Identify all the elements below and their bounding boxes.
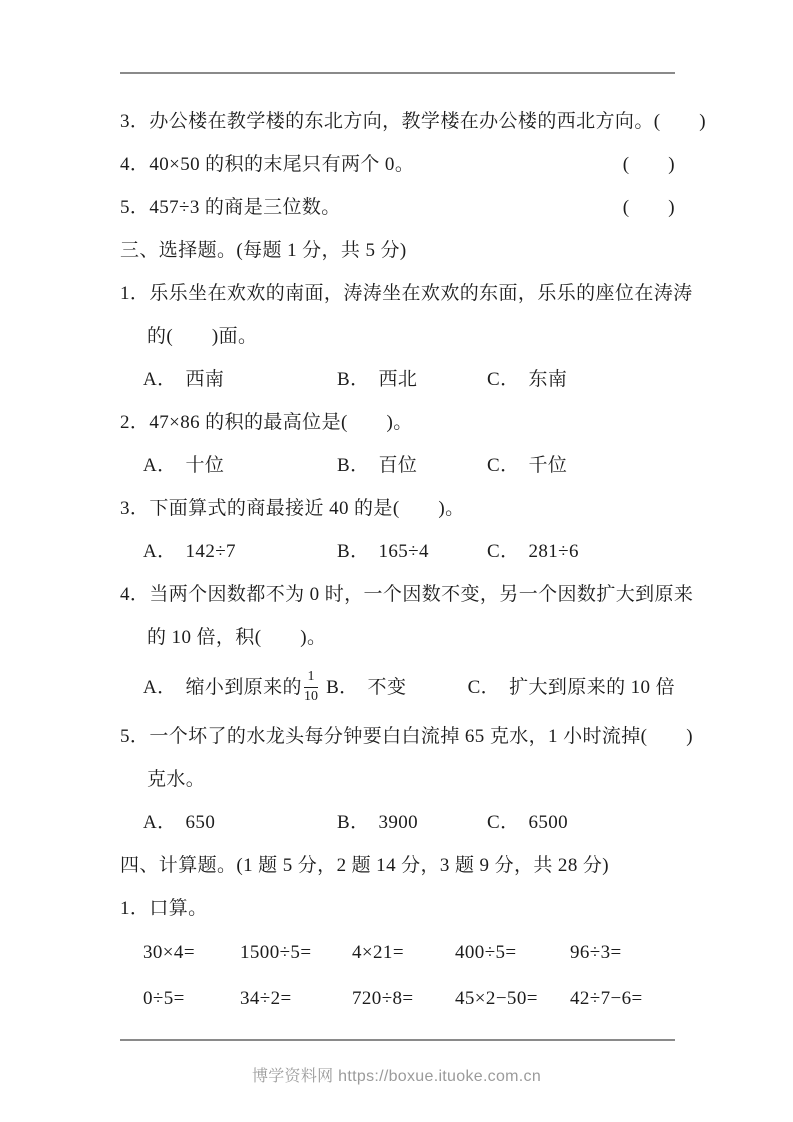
choice-question-2-options: A．十位 B．百位 C．千位 <box>120 444 675 487</box>
oral-calc-item: 96÷3= <box>570 930 675 976</box>
choice-question-1-line2: 的( )面。 <box>120 315 675 358</box>
oral-calc-row-1: 30×4= 1500÷5= 4×21= 400÷5= 96÷3= <box>120 930 675 976</box>
oral-calc-row-2: 0÷5= 34÷2= 720÷8= 45×2−50= 42÷7−6= <box>120 976 675 1022</box>
choice-question-5-line1: 5．一个坏了的水龙头每分钟要白白流掉 65 克水，1 小时流掉( ) <box>120 715 675 758</box>
choice-question-3-options: A．142÷7 B．165÷4 C．281÷6 <box>120 530 675 573</box>
option-letter: A． <box>143 666 177 709</box>
oral-calc-label: 1．口算。 <box>120 887 675 930</box>
option-label: 十位 <box>186 444 225 487</box>
oral-calc-item: 30×4= <box>143 930 240 976</box>
oral-calc-item: 720÷8= <box>352 976 455 1022</box>
choice-question-5-options: A．650 B．3900 C．6500 <box>120 801 675 844</box>
section-four-title: 四、计算题。(1 题 5 分，2 题 14 分，3 题 9 分，共 28 分) <box>120 844 675 887</box>
oral-calc-item: 42÷7−6= <box>570 976 675 1022</box>
option-letter: B． <box>337 358 369 401</box>
choice-question-4-line1: 4．当两个因数都不为 0 时，一个因数不变，另一个因数扩大到原来 <box>120 573 675 616</box>
oral-calc-item: 34÷2= <box>240 976 352 1022</box>
option-label: 不变 <box>368 666 407 709</box>
question-number: 5． <box>120 186 149 229</box>
fraction: 110 <box>304 669 318 704</box>
choice-option-c: C．扩大到原来的 10 倍 <box>468 666 675 709</box>
option-letter: A． <box>143 358 177 401</box>
choice-question-1-options: A．西南 B．西北 C．东南 <box>120 358 675 401</box>
choice-option-a: A．142÷7 <box>143 530 337 573</box>
question-number: 1． <box>120 887 149 930</box>
question-body: 口算。 <box>149 898 207 919</box>
choice-option-a: A．650 <box>143 801 337 844</box>
option-letter: C． <box>487 444 519 487</box>
question-number: 4． <box>120 573 149 616</box>
option-label: 缩小到原来的 <box>186 666 302 709</box>
option-letter: A． <box>143 444 177 487</box>
option-letter: B． <box>337 530 369 573</box>
choice-option-c: C．东南 <box>487 358 675 401</box>
choice-question-3-line1: 3．下面算式的商最接近 40 的是( )。 <box>120 487 675 530</box>
option-letter: A． <box>143 530 177 573</box>
answer-blank: ( ) <box>623 143 675 186</box>
option-label: 百位 <box>378 444 417 487</box>
option-label: 扩大到原来的 10 倍 <box>509 666 675 709</box>
question-body: 乐乐坐在欢欢的南面，涛涛坐在欢欢的东面，乐乐的座位在涛涛 <box>149 283 692 304</box>
choice-option-a: A．西南 <box>143 358 337 401</box>
question-body: 一个坏了的水龙头每分钟要白白流掉 65 克水，1 小时流掉( ) <box>149 726 693 747</box>
oral-calc-item: 4×21= <box>352 930 455 976</box>
option-label: 650 <box>186 801 216 844</box>
choice-question-5-line2: 克水。 <box>120 758 675 801</box>
top-divider <box>120 72 675 74</box>
question-number: 1． <box>120 272 149 315</box>
question-body: 下面算式的商最接近 40 的是( )。 <box>149 498 464 519</box>
question-body: 47×86 的积的最高位是( )。 <box>149 412 412 433</box>
choice-option-b: B．百位 <box>337 444 487 487</box>
oral-calc-item: 45×2−50= <box>455 976 570 1022</box>
option-label: 3900 <box>378 801 418 844</box>
question-text: 3．办公楼在教学楼的东北方向，教学楼在办公楼的西北方向。 <box>120 100 654 143</box>
choice-option-b: B．不变 <box>326 666 468 709</box>
option-letter: B． <box>337 801 369 844</box>
choice-option-b: B．3900 <box>337 801 487 844</box>
answer-blank: ( ) <box>654 100 706 143</box>
question-number: 3． <box>120 100 149 143</box>
option-label: 281÷6 <box>528 530 578 573</box>
option-letter: C． <box>468 666 500 709</box>
option-letter: C． <box>487 358 519 401</box>
oral-calc-item: 1500÷5= <box>240 930 352 976</box>
question-body: 40×50 的积的末尾只有两个 0。 <box>149 154 414 175</box>
option-letter: A． <box>143 801 177 844</box>
true-false-item-3: 3．办公楼在教学楼的东北方向，教学楼在办公楼的西北方向。 ( ) <box>120 100 675 143</box>
question-body: 当两个因数都不为 0 时，一个因数不变，另一个因数扩大到原来 <box>149 584 693 605</box>
bottom-divider <box>120 1039 675 1041</box>
option-label: 千位 <box>528 444 567 487</box>
option-label: 西南 <box>186 358 225 401</box>
question-body: 457÷3 的商是三位数。 <box>149 197 340 218</box>
option-label: 西北 <box>378 358 417 401</box>
content-area: 3．办公楼在教学楼的东北方向，教学楼在办公楼的西北方向。 ( ) 4．40×50… <box>120 100 675 1022</box>
question-body: 办公楼在教学楼的东北方向，教学楼在办公楼的西北方向。 <box>149 111 653 132</box>
option-label: 东南 <box>528 358 567 401</box>
true-false-item-5: 5．457÷3 的商是三位数。 ( ) <box>120 186 675 229</box>
true-false-item-4: 4．40×50 的积的末尾只有两个 0。 ( ) <box>120 143 675 186</box>
footer-watermark: 博学资料网 https://boxue.ituoke.com.cn <box>0 1063 793 1086</box>
choice-option-b: B．西北 <box>337 358 487 401</box>
choice-question-2-line1: 2．47×86 的积的最高位是( )。 <box>120 401 675 444</box>
worksheet-page: 3．办公楼在教学楼的东北方向，教学楼在办公楼的西北方向。 ( ) 4．40×50… <box>0 0 793 1122</box>
question-number: 3． <box>120 487 149 530</box>
choice-option-b: B．165÷4 <box>337 530 487 573</box>
option-label: 142÷7 <box>186 530 236 573</box>
option-letter: B． <box>326 666 358 709</box>
question-number: 2． <box>120 401 149 444</box>
choice-question-4-options: A．缩小到原来的110 B．不变 C．扩大到原来的 10 倍 <box>120 659 675 715</box>
choice-option-c: C．千位 <box>487 444 675 487</box>
choice-option-a: A．缩小到原来的110 <box>143 666 326 709</box>
oral-calc-item: 0÷5= <box>143 976 240 1022</box>
choice-option-a: A．十位 <box>143 444 337 487</box>
choice-option-c: C．6500 <box>487 801 675 844</box>
choice-option-c: C．281÷6 <box>487 530 675 573</box>
question-text: 4．40×50 的积的末尾只有两个 0。 <box>120 143 414 186</box>
option-label: 6500 <box>528 801 568 844</box>
section-three-title: 三、选择题。(每题 1 分，共 5 分) <box>120 229 675 272</box>
oral-calc-item: 400÷5= <box>455 930 570 976</box>
option-letter: C． <box>487 801 519 844</box>
question-number: 4． <box>120 143 149 186</box>
option-label: 165÷4 <box>378 530 428 573</box>
choice-question-1-line1: 1．乐乐坐在欢欢的南面，涛涛坐在欢欢的东面，乐乐的座位在涛涛 <box>120 272 675 315</box>
choice-question-4-line2: 的 10 倍，积( )。 <box>120 616 675 659</box>
option-letter: C． <box>487 530 519 573</box>
fraction-denominator: 10 <box>304 688 318 705</box>
answer-blank: ( ) <box>623 186 675 229</box>
question-text: 5．457÷3 的商是三位数。 <box>120 186 341 229</box>
question-number: 5． <box>120 715 149 758</box>
option-letter: B． <box>337 444 369 487</box>
fraction-numerator: 1 <box>304 669 318 687</box>
